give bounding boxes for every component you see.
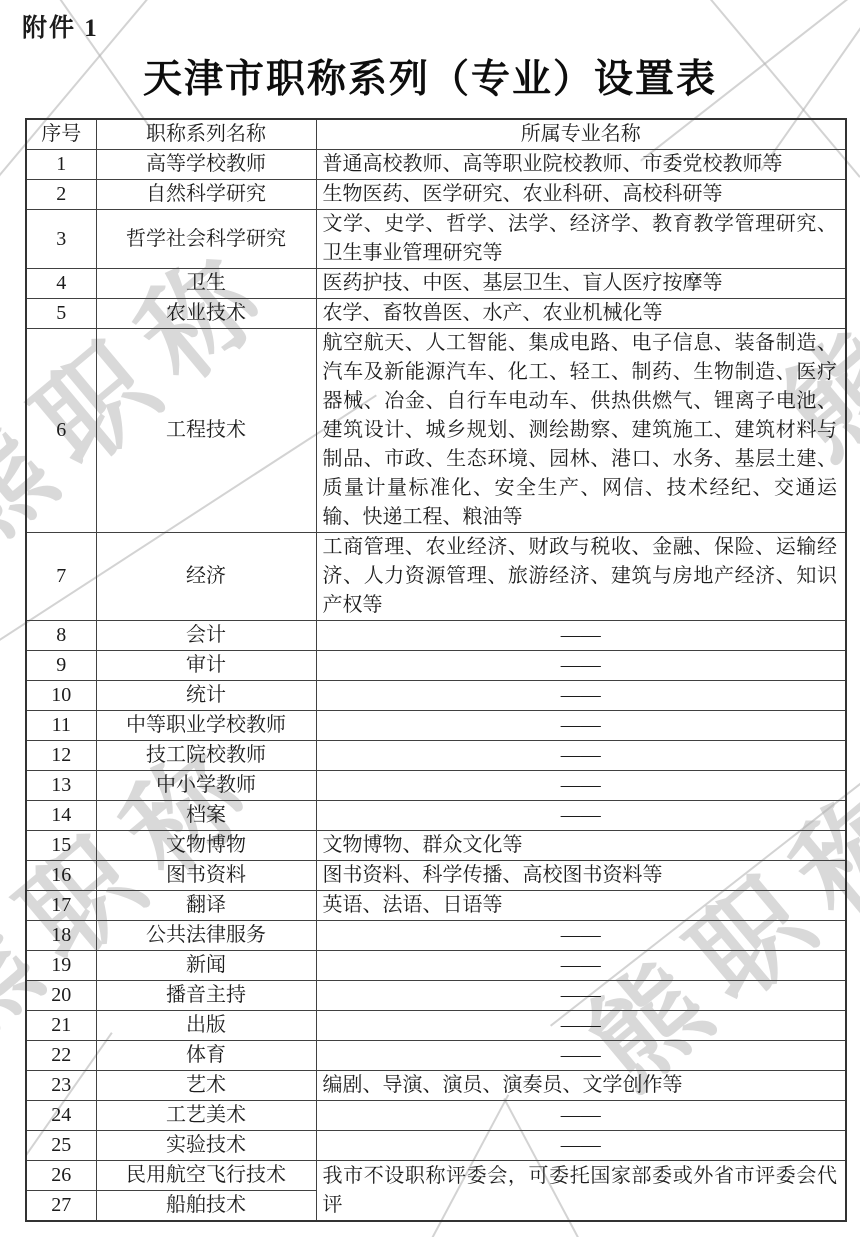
table-row: 15文物博物文物博物、群众文化等 bbox=[26, 831, 846, 861]
series-name-cell: 经济 bbox=[96, 533, 316, 621]
table-row: 25实验技术—— bbox=[26, 1131, 846, 1161]
majors-cell: —— bbox=[316, 1041, 846, 1071]
series-name-cell: 技工院校教师 bbox=[96, 741, 316, 771]
row-number-cell: 21 bbox=[26, 1011, 96, 1041]
table-row: 16图书资料图书资料、科学传播、高校图书资料等 bbox=[26, 861, 846, 891]
majors-cell: —— bbox=[316, 801, 846, 831]
series-name-cell: 会计 bbox=[96, 621, 316, 651]
majors-cell: —— bbox=[316, 711, 846, 741]
table-header-row: 序号 职称系列名称 所属专业名称 bbox=[26, 119, 846, 150]
series-name-cell: 自然科学研究 bbox=[96, 180, 316, 210]
page-title: 天津市职称系列（专业）设置表 bbox=[0, 48, 860, 104]
row-number-cell: 1 bbox=[26, 150, 96, 180]
majors-cell: —— bbox=[316, 1131, 846, 1161]
table-row: 1高等学校教师普通高校教师、高等职业院校教师、市委党校教师等 bbox=[26, 150, 846, 180]
row-number-cell: 8 bbox=[26, 621, 96, 651]
row-number-cell: 25 bbox=[26, 1131, 96, 1161]
majors-cell: 我市不设职称评委会，可委托国家部委或外省市评委会代评 bbox=[316, 1161, 846, 1222]
table-row: 6工程技术航空航天、人工智能、集成电路、电子信息、装备制造、汽车及新能源汽车、化… bbox=[26, 329, 846, 533]
majors-cell: —— bbox=[316, 921, 846, 951]
table-row: 20播音主持—— bbox=[26, 981, 846, 1011]
majors-cell: —— bbox=[316, 981, 846, 1011]
row-number-cell: 17 bbox=[26, 891, 96, 921]
series-name-cell: 农业技术 bbox=[96, 299, 316, 329]
row-number-cell: 27 bbox=[26, 1191, 96, 1222]
row-number-cell: 4 bbox=[26, 269, 96, 299]
series-name-cell: 工艺美术 bbox=[96, 1101, 316, 1131]
table-row: 8会计—— bbox=[26, 621, 846, 651]
row-number-cell: 10 bbox=[26, 681, 96, 711]
table-row: 7经济工商管理、农业经济、财政与税收、金融、保险、运输经济、人力资源管理、旅游经… bbox=[26, 533, 846, 621]
row-number-cell: 12 bbox=[26, 741, 96, 771]
row-number-cell: 24 bbox=[26, 1101, 96, 1131]
table-row: 11中等职业学校教师—— bbox=[26, 711, 846, 741]
series-name-cell: 艺术 bbox=[96, 1071, 316, 1101]
row-number-cell: 3 bbox=[26, 210, 96, 269]
table-row: 23艺术编剧、导演、演员、演奏员、文学创作等 bbox=[26, 1071, 846, 1101]
majors-cell: 英语、法语、日语等 bbox=[316, 891, 846, 921]
majors-cell: 编剧、导演、演员、演奏员、文学创作等 bbox=[316, 1071, 846, 1101]
majors-cell: 文学、史学、哲学、法学、经济学、教育教学管理研究、卫生事业管理研究等 bbox=[316, 210, 846, 269]
document-page: 附件 1 天津市职称系列（专业）设置表 序号 职称系列名称 所属专业名称 1高等… bbox=[0, 0, 860, 1237]
row-number-cell: 13 bbox=[26, 771, 96, 801]
table-row: 5农业技术农学、畜牧兽医、水产、农业机械化等 bbox=[26, 299, 846, 329]
majors-cell: —— bbox=[316, 621, 846, 651]
majors-cell: —— bbox=[316, 1011, 846, 1041]
row-number-cell: 6 bbox=[26, 329, 96, 533]
row-number-cell: 18 bbox=[26, 921, 96, 951]
table-row: 18公共法律服务—— bbox=[26, 921, 846, 951]
row-number-cell: 2 bbox=[26, 180, 96, 210]
majors-cell: —— bbox=[316, 1101, 846, 1131]
row-number-cell: 22 bbox=[26, 1041, 96, 1071]
titles-table: 序号 职称系列名称 所属专业名称 1高等学校教师普通高校教师、高等职业院校教师、… bbox=[25, 118, 847, 1222]
row-number-cell: 20 bbox=[26, 981, 96, 1011]
series-name-cell: 图书资料 bbox=[96, 861, 316, 891]
series-name-cell: 哲学社会科学研究 bbox=[96, 210, 316, 269]
row-number-cell: 26 bbox=[26, 1161, 96, 1191]
row-number-cell: 11 bbox=[26, 711, 96, 741]
table-row: 13中小学教师—— bbox=[26, 771, 846, 801]
table-row: 22体育—— bbox=[26, 1041, 846, 1071]
majors-cell: 农学、畜牧兽医、水产、农业机械化等 bbox=[316, 299, 846, 329]
row-number-cell: 7 bbox=[26, 533, 96, 621]
series-name-cell: 实验技术 bbox=[96, 1131, 316, 1161]
table-row: 19新闻—— bbox=[26, 951, 846, 981]
series-name-cell: 统计 bbox=[96, 681, 316, 711]
table-row: 10统计—— bbox=[26, 681, 846, 711]
majors-cell: 图书资料、科学传播、高校图书资料等 bbox=[316, 861, 846, 891]
table-row: 2自然科学研究生物医药、医学研究、农业科研、高校科研等 bbox=[26, 180, 846, 210]
majors-cell: —— bbox=[316, 681, 846, 711]
series-name-cell: 中等职业学校教师 bbox=[96, 711, 316, 741]
majors-cell: —— bbox=[316, 651, 846, 681]
attachment-label: 附件 1 bbox=[22, 8, 99, 44]
majors-cell: —— bbox=[316, 951, 846, 981]
row-number-cell: 23 bbox=[26, 1071, 96, 1101]
series-name-cell: 高等学校教师 bbox=[96, 150, 316, 180]
row-number-cell: 15 bbox=[26, 831, 96, 861]
series-name-cell: 船舶技术 bbox=[96, 1191, 316, 1222]
table-row: 3哲学社会科学研究文学、史学、哲学、法学、经济学、教育教学管理研究、卫生事业管理… bbox=[26, 210, 846, 269]
series-name-cell: 播音主持 bbox=[96, 981, 316, 1011]
series-name-cell: 民用航空飞行技术 bbox=[96, 1161, 316, 1191]
row-number-cell: 14 bbox=[26, 801, 96, 831]
series-name-cell: 文物博物 bbox=[96, 831, 316, 861]
series-name-cell: 出版 bbox=[96, 1011, 316, 1041]
series-name-cell: 卫生 bbox=[96, 269, 316, 299]
table-row: 24工艺美术—— bbox=[26, 1101, 846, 1131]
majors-cell: —— bbox=[316, 771, 846, 801]
table-row: 17翻译英语、法语、日语等 bbox=[26, 891, 846, 921]
majors-cell: 工商管理、农业经济、财政与税收、金融、保险、运输经济、人力资源管理、旅游经济、建… bbox=[316, 533, 846, 621]
series-name-cell: 中小学教师 bbox=[96, 771, 316, 801]
series-name-cell: 体育 bbox=[96, 1041, 316, 1071]
majors-cell: 航空航天、人工智能、集成电路、电子信息、装备制造、汽车及新能源汽车、化工、轻工、… bbox=[316, 329, 846, 533]
series-name-cell: 公共法律服务 bbox=[96, 921, 316, 951]
table-body: 1高等学校教师普通高校教师、高等职业院校教师、市委党校教师等2自然科学研究生物医… bbox=[26, 150, 846, 1222]
majors-cell: —— bbox=[316, 741, 846, 771]
majors-cell: 医药护技、中医、基层卫生、盲人医疗按摩等 bbox=[316, 269, 846, 299]
header-majors: 所属专业名称 bbox=[316, 119, 846, 150]
table-row: 26民用航空飞行技术我市不设职称评委会，可委托国家部委或外省市评委会代评 bbox=[26, 1161, 846, 1191]
majors-cell: 文物博物、群众文化等 bbox=[316, 831, 846, 861]
table-row: 14档案—— bbox=[26, 801, 846, 831]
majors-cell: 普通高校教师、高等职业院校教师、市委党校教师等 bbox=[316, 150, 846, 180]
majors-cell: 生物医药、医学研究、农业科研、高校科研等 bbox=[316, 180, 846, 210]
series-name-cell: 档案 bbox=[96, 801, 316, 831]
table-row: 12技工院校教师—— bbox=[26, 741, 846, 771]
series-name-cell: 审计 bbox=[96, 651, 316, 681]
row-number-cell: 16 bbox=[26, 861, 96, 891]
row-number-cell: 9 bbox=[26, 651, 96, 681]
header-no: 序号 bbox=[26, 119, 96, 150]
row-number-cell: 5 bbox=[26, 299, 96, 329]
table-row: 4卫生医药护技、中医、基层卫生、盲人医疗按摩等 bbox=[26, 269, 846, 299]
series-name-cell: 翻译 bbox=[96, 891, 316, 921]
series-name-cell: 新闻 bbox=[96, 951, 316, 981]
table-row: 9审计—— bbox=[26, 651, 846, 681]
table-row: 21出版—— bbox=[26, 1011, 846, 1041]
row-number-cell: 19 bbox=[26, 951, 96, 981]
series-name-cell: 工程技术 bbox=[96, 329, 316, 533]
header-series: 职称系列名称 bbox=[96, 119, 316, 150]
